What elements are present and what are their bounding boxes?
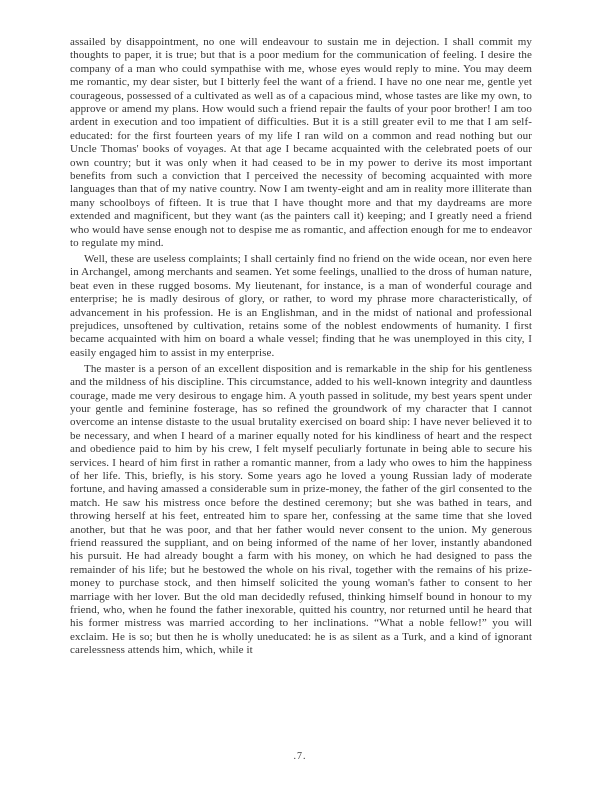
- paragraph-1: assailed by disappointment, no one will …: [70, 36, 532, 251]
- paragraph-2: Well, these are useless complaints; I sh…: [70, 253, 532, 360]
- book-page: assailed by disappointment, no one will …: [0, 0, 600, 791]
- paragraph-3: The master is a person of an excellent d…: [70, 363, 532, 658]
- page-text: assailed by disappointment, no one will …: [70, 36, 532, 658]
- page-number: .7.: [0, 751, 600, 762]
